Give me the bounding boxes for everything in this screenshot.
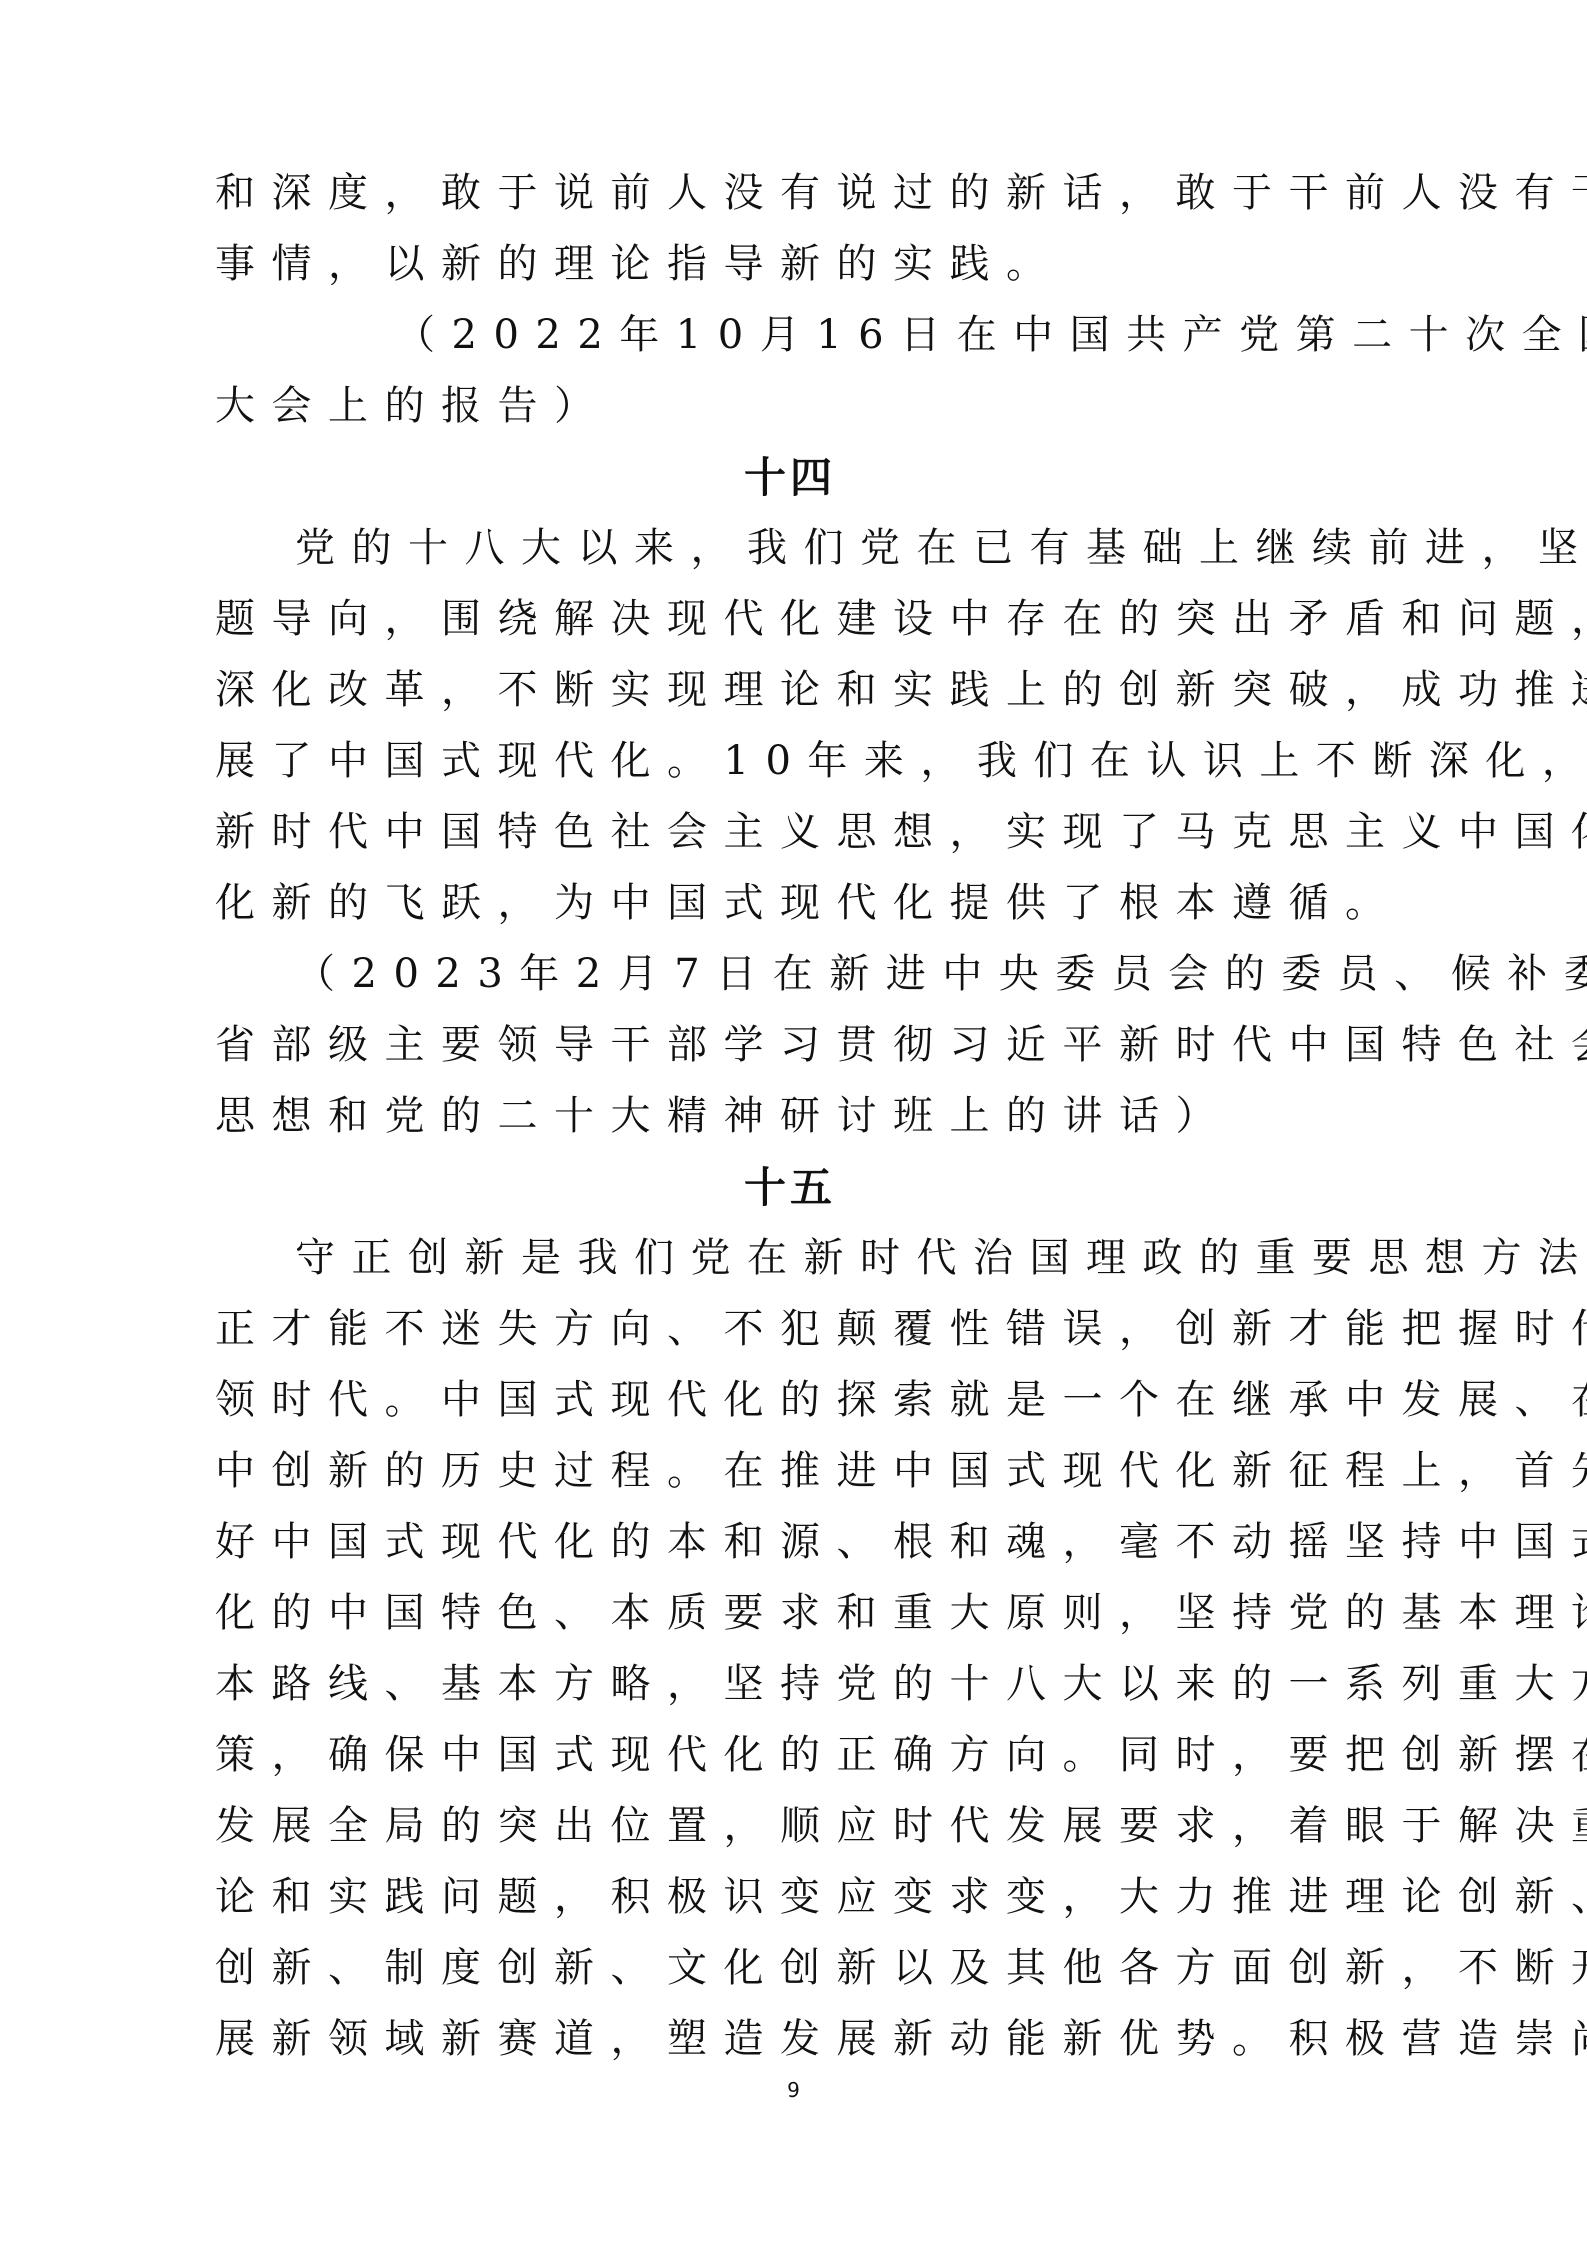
paragraph-line: 守正创新是我们党在新时代治国理政的重要思想方法。守 — [215, 1223, 1365, 1294]
paragraph-line: 新时代中国特色社会主义思想，实现了马克思主义中国化时代 — [215, 797, 1365, 868]
paragraph-line: 本路线、基本方略，坚持党的十八大以来的一系列重大方针政 — [215, 1649, 1365, 1720]
paragraph-line: 正才能不迷失方向、不犯颠覆性错误，创新才能把握时代、引 — [215, 1294, 1365, 1365]
paragraph-line: 化的中国特色、本质要求和重大原则，坚持党的基本理论、基 — [215, 1578, 1365, 1649]
page-content: 和深度，敢于说前人没有说过的新话，敢于干前人没有干过的 事情，以新的理论指导新的… — [215, 158, 1365, 2075]
paragraph-line: 好中国式现代化的本和源、根和魂，毫不动摇坚持中国式现代 — [215, 1507, 1365, 1578]
paragraph-line: 展新领域新赛道，塑造发展新动能新优势。积极营造崇尚创新、 — [215, 2004, 1365, 2075]
section-heading-14: 十四 — [215, 442, 1365, 513]
paragraph-line: 展了中国式现代化。10年来，我们在认识上不断深化，创立了 — [215, 726, 1365, 797]
paragraph-line: 发展全局的突出位置，顺应时代发展要求，着眼于解决重大理 — [215, 1791, 1365, 1862]
paragraph-line: 题导向，围绕解决现代化建设中存在的突出矛盾和问题，全面 — [215, 584, 1365, 655]
paragraph-line: 策，确保中国式现代化的正确方向。同时，要把创新摆在国家 — [215, 1720, 1365, 1791]
section-heading-15: 十五 — [215, 1152, 1365, 1223]
paragraph-line: 深化改革，不断实现理论和实践上的创新突破，成功推进和拓 — [215, 655, 1365, 726]
paragraph-line: 和深度，敢于说前人没有说过的新话，敢于干前人没有干过的 — [215, 158, 1365, 229]
source-citation-line: 省部级主要领导干部学习贯彻习近平新时代中国特色社会主义 — [215, 1010, 1365, 1081]
source-citation-line: （2022年10月16日在中国共产党第二十次全国代表 — [215, 300, 1365, 371]
paragraph-line: 中创新的历史过程。在推进中国式现代化新征程上，首先要守 — [215, 1436, 1365, 1507]
paragraph-line: 创新、制度创新、文化创新以及其他各方面创新，不断开辟发 — [215, 1933, 1365, 2004]
source-citation-line: 大会上的报告） — [215, 371, 1365, 442]
page-number: 9 — [0, 2078, 1587, 2102]
paragraph-line: 党的十八大以来，我们党在已有基础上继续前进，坚持问 — [215, 513, 1365, 584]
paragraph-line: 事情，以新的理论指导新的实践。 — [215, 229, 1365, 300]
paragraph-line: 论和实践问题，积极识变应变求变，大力推进理论创新、实践 — [215, 1862, 1365, 1933]
source-citation-line: （2023年2月7日在新进中央委员会的委员、候补委员和 — [215, 939, 1365, 1010]
paragraph-line: 领时代。中国式现代化的探索就是一个在继承中发展、在守正 — [215, 1365, 1365, 1436]
source-citation-line: 思想和党的二十大精神研讨班上的讲话） — [215, 1081, 1365, 1152]
document-page: 和深度，敢于说前人没有说过的新话，敢于干前人没有干过的 事情，以新的理论指导新的… — [0, 0, 1587, 2245]
paragraph-line: 化新的飞跃，为中国式现代化提供了根本遵循。 — [215, 868, 1365, 939]
